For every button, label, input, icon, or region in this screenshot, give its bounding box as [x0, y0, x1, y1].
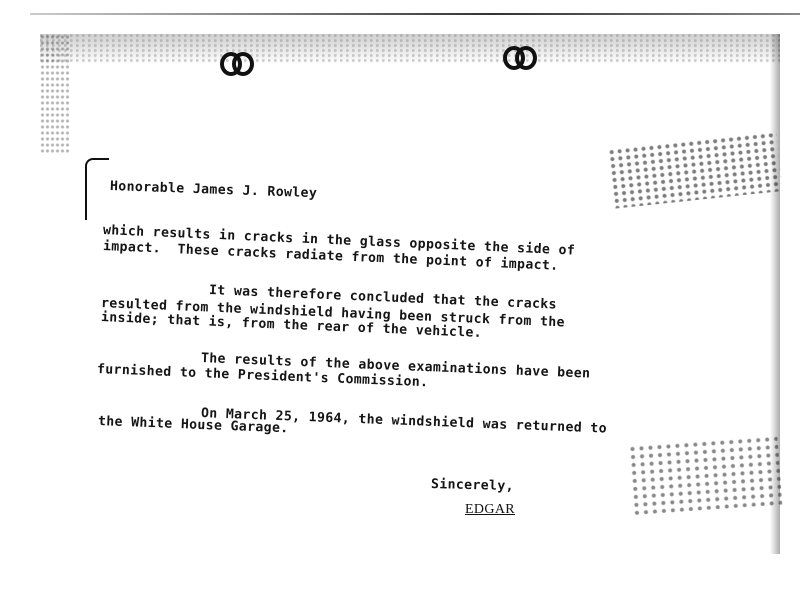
letter-body: Honorable James J. Rowley which results … — [0, 0, 800, 600]
salutation: Honorable James J. Rowley — [110, 179, 318, 201]
closing: Sincerely, — [431, 477, 514, 494]
signature: EDGAR — [465, 502, 515, 518]
